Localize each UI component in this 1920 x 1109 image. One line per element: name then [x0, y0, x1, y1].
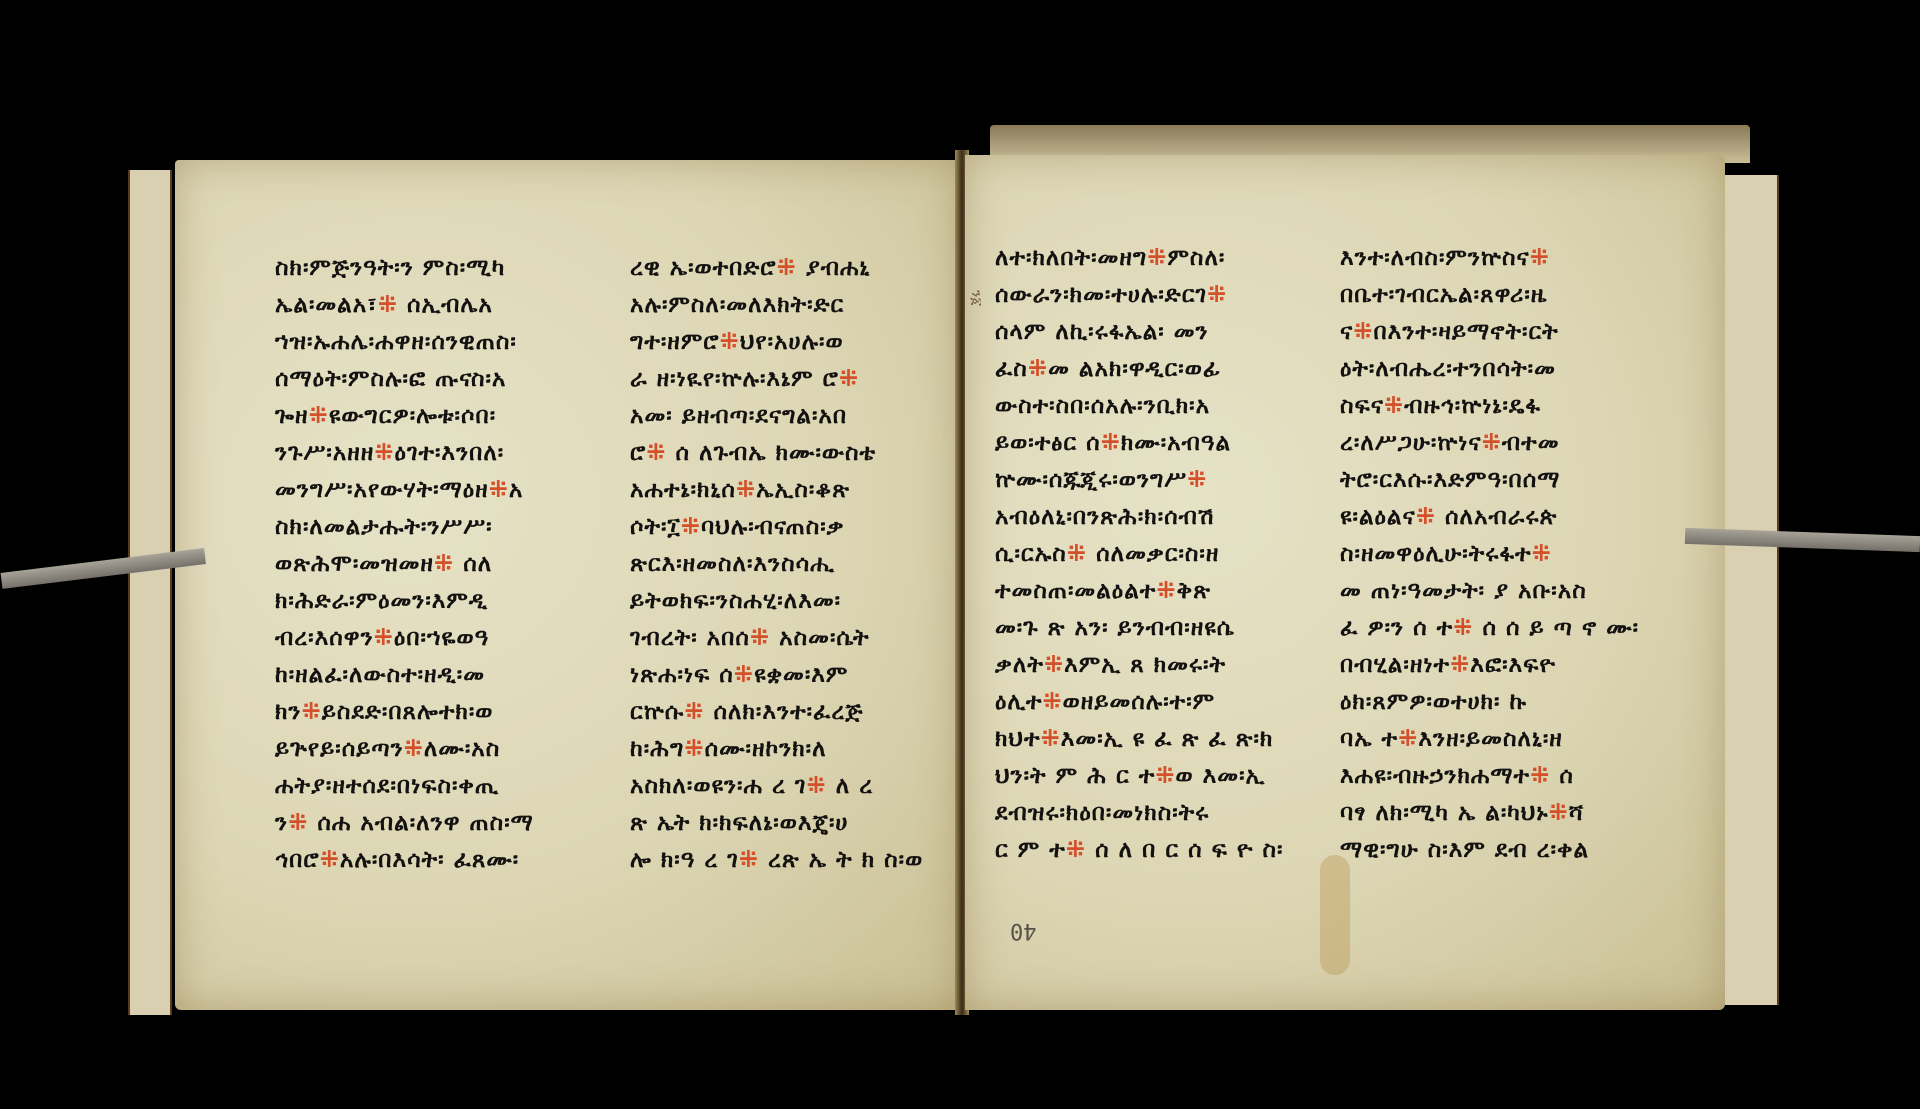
- manuscript-line: ኤል፡መልአ፣⁜ ሰኢብሌአ: [275, 287, 534, 324]
- manuscript-line: ክህተ⁜እመ፡ኢ ዩ ፈ ጽ ፈ ጽ፡ክ: [995, 721, 1283, 758]
- rubric-cross-mark: ⁜: [1041, 726, 1061, 752]
- rubric-cross-mark: ⁜: [739, 847, 759, 873]
- manuscript-line: ገብረት፡ አበሰ⁜ አስመ፡ሴት: [630, 620, 923, 657]
- manuscript-line: አብዕለኒ፡በንጽሕ፡ክ፡ሰብሽ: [995, 499, 1283, 536]
- manuscript-line: ከ፡ዘልፈ፡ለውስተ፡ዘዲ፡መ: [275, 657, 534, 694]
- manuscript-line: በቤተ፡ገብርኤል፡ጸዋሪ፡ዜ: [1340, 277, 1639, 314]
- rubric-cross-mark: ⁜: [489, 477, 509, 503]
- rubric-cross-mark: ⁜: [1530, 245, 1550, 271]
- manuscript-line: ሐትያ፡ዘተሰደ፡በነፍስ፡ቀጢ: [275, 768, 534, 805]
- manuscript-line: አሉ፡ምስለ፡መለእክት፡ድር: [630, 287, 923, 324]
- rubric-cross-mark: ⁜: [734, 662, 754, 688]
- rubric-cross-mark: ⁜: [1044, 652, 1064, 678]
- rubric-cross-mark: ⁜: [1532, 541, 1552, 567]
- manuscript-line: ኀዝ፡ኡሐሌ፡ሐዋዘ፡ሰንዊጠስ፡: [275, 324, 534, 361]
- rubric-cross-mark: ⁜: [839, 366, 859, 392]
- column-4: እንተ፡ለብስ፡ምንኵስና⁜በቤተ፡ገብርኤል፡ጸዋሪ፡ዜና⁜በእንተ፡ዛይማኖ…: [1340, 240, 1639, 869]
- manuscript-line: ን⁜ ሰሐ አብል፡ለንዋ ጠስ፡ማ: [275, 805, 534, 842]
- manuscript-line: ሰላም ለኪ፡ሩፋኤል፡ መን: [995, 314, 1283, 351]
- manuscript-line: ማዊ፡ግሁ ስ፡እም ደብ ረ፡ቀል: [1340, 832, 1639, 869]
- rubric-cross-mark: ⁜: [736, 477, 756, 503]
- rubric-cross-mark: ⁜: [309, 403, 329, 429]
- manuscript-line: እንተ፡ለብስ፡ምንኵስና⁜: [1340, 240, 1639, 277]
- rubric-cross-mark: ⁜: [1530, 763, 1550, 789]
- rubric-cross-mark: ⁜: [378, 292, 398, 318]
- manuscript-line: ስክ፡ለመልታሑት፡ንሥሥ፡: [275, 509, 534, 546]
- manuscript-line: ዩ፡ልዕልና⁜ ሰለአብራሩጵ: [1340, 499, 1639, 536]
- manuscript-line: ኅበሮ⁜አሉ፡በእሳት፡ ፈጸሙ፡: [275, 842, 534, 879]
- rubric-cross-mark: ⁜: [1549, 800, 1569, 826]
- manuscript-line: ሎ ክ፡ዓ ረ ገ⁜ ረጽ ኤ ት ክ ስ፡ወ: [630, 842, 923, 879]
- manuscript-line: በብሂል፡ዘነተ⁜እፎ፡እፍዮ: [1340, 647, 1639, 684]
- rubric-cross-mark: ⁜: [806, 773, 826, 799]
- rubric-cross-mark: ⁜: [374, 440, 394, 466]
- manuscript-line: ረዊ ኤ፡ወተበድሮ⁜ ያብሐኒ: [630, 250, 923, 287]
- rubric-cross-mark: ⁜: [1147, 245, 1167, 271]
- rubric-cross-mark: ⁜: [374, 625, 394, 651]
- manuscript-line: ውስተ፡ስበ፡ሰአሉ፡ንቢክ፡አ: [995, 388, 1283, 425]
- manuscript-line: ሰማዕት፡ምስሉ፡ፎ ጡናስ፡አ: [275, 361, 534, 398]
- right-page: ለተ፡ክለበት፡መዘግ⁜ምስለ፡ሰውራን፡ክመ፡ተሀሉ፡ድርገ⁜ሰላም ለኪ፡ሩ…: [965, 155, 1725, 1010]
- manuscript-line: ርኵሱ⁜ ሰለክ፡እንተ፡ፈረጅ: [630, 694, 923, 731]
- manuscript-line: ባፃ ለክ፡ሚካ ኤ ል፡ካህኑ⁜ሻ: [1340, 795, 1639, 832]
- manuscript-line: ፈ ዎ፡ን ሰ ተ⁜ ሰ ሰ ይ ጣ ኖ ሙ፡: [1340, 610, 1639, 647]
- manuscript-line: መ፡ጉ ጽ አን፡ ይንብብ፡ዘዩሴ: [995, 610, 1283, 647]
- rubric-cross-mark: ⁜: [1398, 726, 1418, 752]
- manuscript-line: ለተ፡ክለበት፡መዘግ⁜ምስለ፡: [995, 240, 1283, 277]
- rubric-cross-mark: ⁜: [320, 847, 340, 873]
- manuscript-line: ይጕየይ፡ሰይጣን⁜ለሙ፡አስ: [275, 731, 534, 768]
- rubric-cross-mark: ⁜: [750, 625, 770, 651]
- manuscript-line: ና⁜በእንተ፡ዛይማኖት፡ርት: [1340, 314, 1639, 351]
- manuscript-line: ጽ ኤት ክ፡ክፍለኔ፡ወእጄ፡ሀ: [630, 805, 923, 842]
- manuscript-line: ዕት፡ለብሔረ፡ተንበሳት፡መ: [1340, 351, 1639, 388]
- rubric-cross-mark: ⁜: [720, 329, 740, 355]
- manuscript-line: ነጽሐ፡ነፍ ሰ⁜ዩቋመ፡እም: [630, 657, 923, 694]
- manuscript-line: ስክ፡ምጅንዓት፡ን ምስ፡ሚካ: [275, 250, 534, 287]
- manuscript-line: ክ፡ሕድራ፡ምዕመን፡እምዲ: [275, 583, 534, 620]
- rubric-cross-mark: ⁜: [434, 551, 454, 577]
- manuscript-line: ከ፡ሕግ⁜ሰሙ፡ዘኮንክ፡ለ: [630, 731, 923, 768]
- manuscript-line: ሶት፡፲⁜ባህሉ፡ብናጠስ፡ቃ: [630, 509, 923, 546]
- manuscript-line: ህን፡ት ም ሕ ር ተ⁜ወ እመ፡ኢ: [995, 758, 1283, 795]
- rubric-cross-mark: ⁜: [1482, 430, 1502, 456]
- manuscript-line: ደብዝሩ፡ክዕበ፡መነክስ፡ትሩ: [995, 795, 1283, 832]
- manuscript-line: ዕሊተ⁜ወዘይመሰሉ፡ተ፡ም: [995, 684, 1283, 721]
- rubric-cross-mark: ⁜: [1156, 578, 1176, 604]
- manuscript-photo: ስክ፡ምጅንዓት፡ን ምስ፡ሚካኤል፡መልአ፣⁜ ሰኢብሌአኀዝ፡ኡሐሌ፡ሐዋዘ…: [0, 0, 1920, 1109]
- rubric-cross-mark: ⁜: [684, 736, 704, 762]
- rubric-cross-mark: ⁜: [1187, 467, 1207, 493]
- column-1: ስክ፡ምጅንዓት፡ን ምስ፡ሚካኤል፡መልአ፣⁜ ሰኢብሌአኀዝ፡ኡሐሌ፡ሐዋዘ…: [275, 250, 534, 879]
- rubric-cross-mark: ⁜: [1353, 319, 1373, 345]
- rubric-cross-mark: ⁜: [1042, 689, 1062, 715]
- manuscript-line: ግተ፡ዘምሮ⁜ህየ፡አሀሉ፡ወ: [630, 324, 923, 361]
- manuscript-line: እሐዩ፡ብዙኃንክሐማተ⁜ ሰ: [1340, 758, 1639, 795]
- rubric-cross-mark: ⁜: [646, 440, 666, 466]
- rubric-cross-mark: ⁜: [1207, 282, 1227, 308]
- rubric-cross-mark: ⁜: [777, 255, 797, 281]
- rubric-cross-mark: ⁜: [684, 699, 704, 725]
- rubric-cross-mark: ⁜: [681, 514, 701, 540]
- manuscript-line: ባኤ ተ⁜እንዘ፡ይመስለኒ፡ዘ: [1340, 721, 1639, 758]
- manuscript-line: ራ ዘ፡ነዪየ፡ኵሉ፡እኔም ሮ⁜: [630, 361, 923, 398]
- manuscript-line: ንጉሥ፡አዘዘ⁜ዕገተ፡እንበለ፡: [275, 435, 534, 472]
- manuscript-line: ጐዘ⁜ዩውግርዎ፡ሎቱ፡ሶበ፡: [275, 398, 534, 435]
- column-2: ረዊ ኤ፡ወተበድሮ⁜ ያብሐኒአሉ፡ምስለ፡መለእክት፡ድርግተ፡ዘምሮ⁜ህየ…: [630, 250, 923, 879]
- rubric-cross-mark: ⁜: [1450, 652, 1470, 678]
- rubric-cross-mark: ⁜: [288, 810, 308, 836]
- manuscript-line: ዕክ፡ጸምዎ፡ወተሀክ፡ ኩ: [1340, 684, 1639, 721]
- manuscript-line: ስፍና⁜ብዙኅ፡ኵነኔ፡ዴፋ: [1340, 388, 1639, 425]
- manuscript-line: ክን⁜ይስደድ፡በጸሎተክ፡ወ: [275, 694, 534, 731]
- rubric-cross-mark: ⁜: [1416, 504, 1436, 530]
- manuscript-line: መንግሥ፡አየውሃት፡ማዕዘ⁜አ: [275, 472, 534, 509]
- manuscript-line: ሰውራን፡ክመ፡ተሀሉ፡ድርገ⁜: [995, 277, 1283, 314]
- manuscript-line: ወጽሕሞ፡መዝመዘ⁜ ሰለ: [275, 546, 534, 583]
- rubric-cross-mark: ⁜: [1067, 541, 1087, 567]
- manuscript-line: ቃለት⁜እምኢ ጸ ክመሩ፡ት: [995, 647, 1283, 684]
- manuscript-line: ረ፡ለሥጋሁ፡ኵነና⁜ብተመ: [1340, 425, 1639, 462]
- left-page: ስክ፡ምጅንዓት፡ን ምስ፡ሚካኤል፡መልአ፣⁜ ሰኢብሌአኀዝ፡ኡሐሌ፡ሐዋዘ…: [175, 160, 960, 1010]
- rubric-cross-mark: ⁜: [301, 699, 321, 725]
- manuscript-line: አመ፡ ይዘብጣ፡ደናግል፡አበ: [630, 398, 923, 435]
- manuscript-line: ሮ⁜ ሰ ለጉብኤ ክሙ፡ውስቴ: [630, 435, 923, 472]
- manuscript-line: ር ም ተ⁜ ሰ ለ በ ር ሰ ፍ ዮ ስ፡: [995, 832, 1283, 869]
- manuscript-line: ስ፡ዘመዋዕሊሁ፡ትሩፋተ⁜: [1340, 536, 1639, 573]
- manuscript-line: ብረ፡እሰዋን⁜ዕበ፡ኀዬወዓ: [275, 620, 534, 657]
- manuscript-line: ጽርእ፡ዘመስለ፡እንስሳሒ: [630, 546, 923, 583]
- manuscript-line: መ ጠነ፡ዓመታት፡ ያ አቡ፡አስ: [1340, 573, 1639, 610]
- rubric-cross-mark: ⁜: [1066, 837, 1086, 863]
- manuscript-line: አስክለ፡ወዩን፡ሐ ረ ገ⁜ ለ ረ: [630, 768, 923, 805]
- manuscript-line: አሐተኔ፡ክኒሰ⁜ኤኢስ፡ቆጽ: [630, 472, 923, 509]
- manuscript-line: ኵሙ፡ሰጁጂሩ፡ወንግሥ⁜: [995, 462, 1283, 499]
- folio-number: 40: [1010, 918, 1037, 943]
- left-page-edges: [128, 170, 172, 1015]
- water-stain: [1320, 855, 1350, 975]
- rubric-cross-mark: ⁜: [1155, 763, 1175, 789]
- manuscript-line: ይትወክፍ፡ንስሐሂ፡ለእመ፡: [630, 583, 923, 620]
- rubric-cross-mark: ⁜: [1384, 393, 1404, 419]
- column-3: ለተ፡ክለበት፡መዘግ⁜ምስለ፡ሰውራን፡ክመ፡ተሀሉ፡ድርገ⁜ሰላም ለኪ፡ሩ…: [995, 240, 1283, 869]
- manuscript-line: ትሮ፡ርእሱ፡እድምዓ፡በሰማ: [1340, 462, 1639, 499]
- manuscript-line: ሲ፡ርኡስ⁜ ሰለመቃር፡ስ፡ዘ: [995, 536, 1283, 573]
- rubric-cross-mark: ⁜: [1101, 430, 1121, 456]
- marginal-note: ን፩: [968, 290, 984, 306]
- rubric-cross-mark: ⁜: [1453, 615, 1473, 641]
- rubric-cross-mark: ⁜: [404, 736, 424, 762]
- manuscript-line: ተመስጠ፡መልዕልተ⁜ቅጽ: [995, 573, 1283, 610]
- rubric-cross-mark: ⁜: [1028, 356, 1048, 382]
- manuscript-line: ይወ፡ተፅር ሰ⁜ክሙ፡አብዓል: [995, 425, 1283, 462]
- manuscript-line: ፈስ⁜መ ልአክ፡ዋዲር፡ወፊ: [995, 351, 1283, 388]
